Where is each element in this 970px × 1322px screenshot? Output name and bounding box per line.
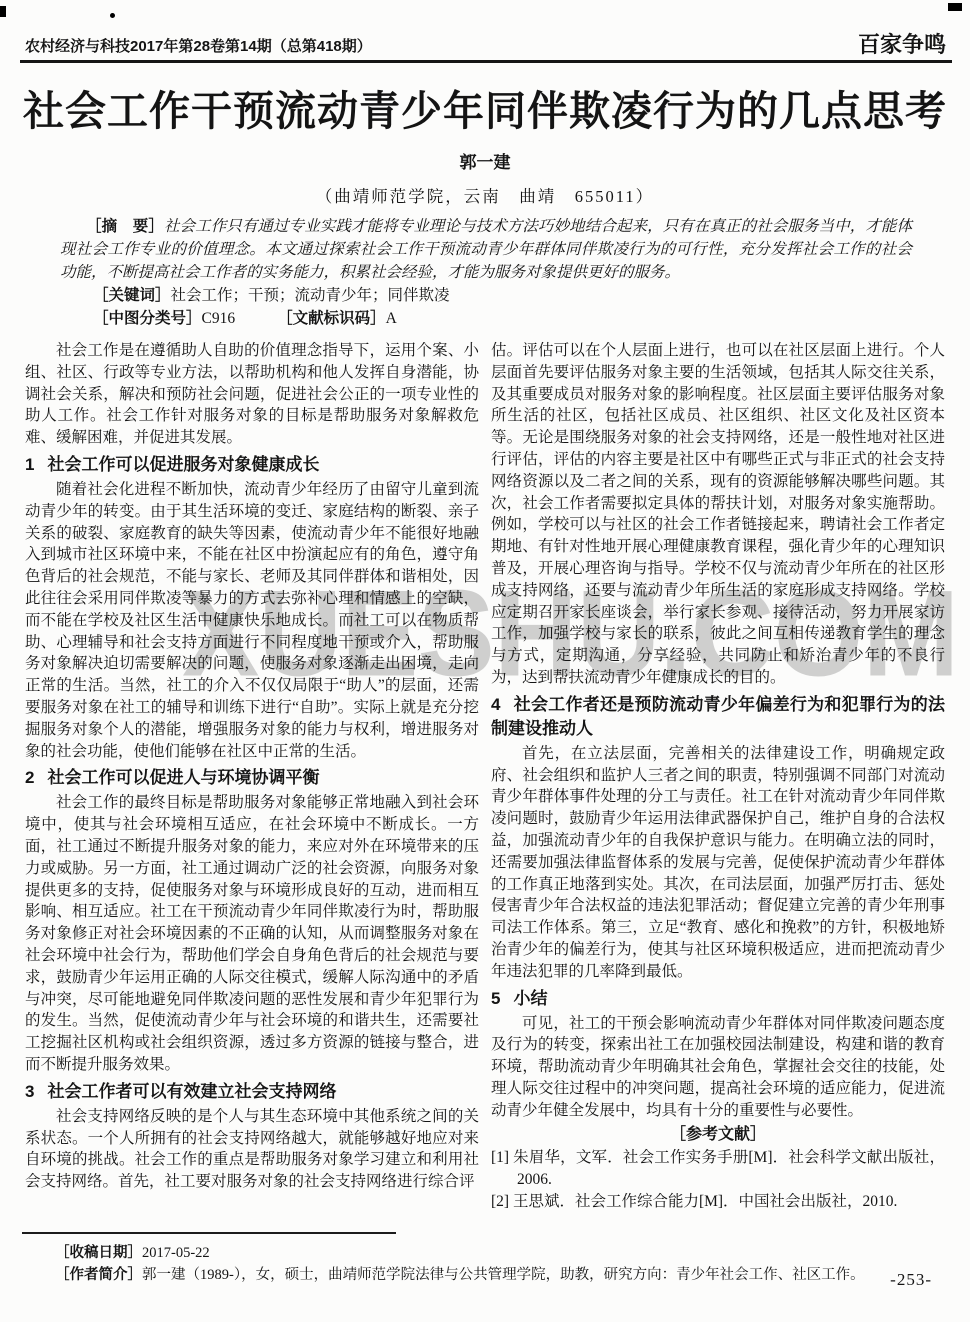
section-3-paragraph-part1: 社会支持网络反映的是个人与其生态环境中其他系统之间的关系状态。一个人所拥有的社会… bbox=[25, 1106, 479, 1193]
section-2-title: 社会工作可以促进人与环境协调平衡 bbox=[47, 768, 319, 787]
section-1-paragraph: 随着社会化进程不断加快，流动青少年经历了由留守儿童到流动青少年的转变。由于其生活… bbox=[25, 479, 479, 762]
section-4-title: 社会工作者还是预防流动青少年偏差行为和犯罪行为的法制建设推动人 bbox=[491, 695, 945, 738]
footnote-block: ［收稿日期］2017-05-22 ［作者简介］郭一建（1989-），女，硕士，曲… bbox=[55, 1242, 935, 1286]
journal-page: XUESHU.COM 农村经济与科技2017年第28卷第14期（总第418期） … bbox=[0, 0, 970, 1322]
section-5-title: 小结 bbox=[513, 989, 547, 1008]
section-2-heading: 2社会工作可以促进人与环境协调平衡 bbox=[25, 766, 479, 790]
section-4-number: 4 bbox=[491, 695, 500, 714]
received-date-label: ［收稿日期］ bbox=[55, 1245, 142, 1261]
scan-artifact-top-left bbox=[0, 6, 6, 17]
classification-line: ［中图分类号］C916［文献标识码］A bbox=[60, 307, 912, 330]
section-3-title: 社会工作者可以有效建立社会支持网络 bbox=[47, 1082, 336, 1101]
section-4-heading: 4社会工作者还是预防流动青少年偏差行为和犯罪行为的法制建设推动人 bbox=[491, 693, 945, 741]
abstract-text: 社会工作只有通过专业实践才能将专业理论与技术方法巧妙地结合起来，只有在真正的社会… bbox=[60, 218, 912, 281]
section-1-title: 社会工作可以促进服务对象健康成长 bbox=[47, 455, 319, 474]
reference-item-1: [1] 朱眉华，文军．社会工作实务手册[M]．社会科学文献出版社，2006. bbox=[491, 1147, 945, 1191]
author-name: 郭一建 bbox=[0, 148, 970, 173]
references-title: ［参考文献］ bbox=[491, 1124, 945, 1146]
author-bio-label: ［作者简介］ bbox=[55, 1267, 142, 1283]
author-affiliation: （曲靖师范学院，云南 曲靖 655011） bbox=[0, 183, 970, 207]
page-number: -253- bbox=[890, 1270, 932, 1290]
section-1-heading: 1社会工作可以促进服务对象健康成长 bbox=[25, 453, 479, 477]
section-3-number: 3 bbox=[25, 1082, 34, 1101]
intro-paragraph: 社会工作是在遵循助人自助的价值理念指导下，运用个案、小组、社区、行政等专业方法，… bbox=[25, 340, 479, 449]
left-column: 社会工作是在遵循助人自助的价值理念指导下，运用个案、小组、社区、行政等专业方法，… bbox=[25, 340, 479, 1235]
author-bio-text: 郭一建（1989-），女，硕士，曲靖师范学院法律与公共管理学院，助教，研究方向：… bbox=[142, 1267, 865, 1283]
received-date-value: 2017-05-22 bbox=[142, 1245, 210, 1261]
abstract-label: ［摘 要］ bbox=[86, 218, 164, 235]
doc-code: A bbox=[386, 310, 397, 327]
clc-label: ［中图分类号］ bbox=[93, 310, 202, 327]
reference-item-2: [2] 王思斌．社会工作综合能力[M]．中国社会出版社，2010. bbox=[491, 1191, 945, 1213]
column-name: 百家争鸣 bbox=[858, 28, 946, 59]
abstract: ［摘 要］社会工作只有通过专业实践才能将专业理论与技术方法巧妙地结合起来，只有在… bbox=[60, 215, 912, 284]
scan-artifact-dot bbox=[110, 13, 115, 18]
section-1-number: 1 bbox=[25, 455, 34, 474]
footnote-rule bbox=[22, 1232, 396, 1234]
section-4-paragraph: 首先，在立法层面，完善相关的法律建设工作，明确规定政府、社会组织和监护人三者之间… bbox=[491, 743, 945, 983]
section-5-paragraph: 可见，社工的干预会影响流动青少年群体对同伴欺凌问题态度及行为的转变，探索出社工在… bbox=[491, 1013, 945, 1122]
author-bio-line: ［作者简介］郭一建（1989-），女，硕士，曲靖师范学院法律与公共管理学院，助教… bbox=[55, 1264, 935, 1286]
section-5-heading: 5小结 bbox=[491, 987, 945, 1011]
article-body: 社会工作是在遵循助人自助的价值理念指导下，运用个案、小组、社区、行政等专业方法，… bbox=[25, 340, 945, 1235]
section-3-paragraph-part2: 估。评估可以在个人层面上进行，也可以在社区层面上进行。个人层面首先要评估服务对象… bbox=[491, 340, 945, 689]
keywords: ［关键词］社会工作；干预；流动青少年；同伴欺凌 bbox=[60, 284, 912, 307]
header-rule bbox=[20, 60, 952, 63]
section-2-paragraph: 社会工作的最终目标是帮助服务对象能够正常地融入到社会环境中，使其与社会环境相互适… bbox=[25, 792, 479, 1075]
right-column: 估。评估可以在个人层面上进行，也可以在社区层面上进行。个人层面首先要评估服务对象… bbox=[491, 340, 945, 1235]
keywords-text: 社会工作；干预；流动青少年；同伴欺凌 bbox=[171, 287, 450, 304]
section-2-number: 2 bbox=[25, 768, 34, 787]
scan-artifact-top-right bbox=[948, 3, 962, 11]
section-3-heading: 3社会工作者可以有效建立社会支持网络 bbox=[25, 1080, 479, 1104]
journal-issue-info: 农村经济与科技2017年第28卷第14期（总第418期） bbox=[25, 35, 372, 56]
section-5-number: 5 bbox=[491, 989, 500, 1008]
received-date-line: ［收稿日期］2017-05-22 bbox=[55, 1242, 935, 1264]
doc-code-label: ［文献标识码］ bbox=[277, 310, 386, 327]
article-title: 社会工作干预流动青少年同伴欺凌行为的几点思考 bbox=[0, 78, 970, 137]
clc-code: C916 bbox=[202, 310, 236, 327]
article-meta: ［摘 要］社会工作只有通过专业实践才能将专业理论与技术方法巧妙地结合起来，只有在… bbox=[60, 215, 912, 330]
keywords-label: ［关键词］ bbox=[93, 287, 171, 304]
